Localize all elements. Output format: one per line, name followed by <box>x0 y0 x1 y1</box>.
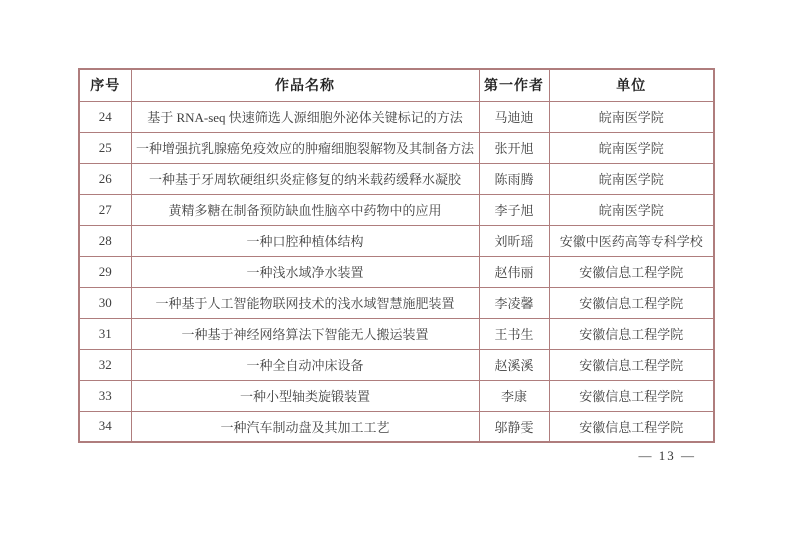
work-title-cell: 一种口腔种植体结构 <box>131 225 479 256</box>
table-row: 34 一种汽车制动盘及其加工工艺 邬静雯 安徽信息工程学院 <box>79 411 714 442</box>
author-cell: 邬静雯 <box>479 411 549 442</box>
table-row: 29 一种浅水域净水装置 赵伟丽 安徽信息工程学院 <box>79 256 714 287</box>
work-title-cell: 黄精多糖在制备预防缺血性脑卒中药物中的应用 <box>131 194 479 225</box>
table-row: 30 一种基于人工智能物联网技术的浅水域智慧施肥装置 李凌馨 安徽信息工程学院 <box>79 287 714 318</box>
row-number-cell: 34 <box>79 411 131 442</box>
author-cell: 赵伟丽 <box>479 256 549 287</box>
work-title-cell: 一种汽车制动盘及其加工工艺 <box>131 411 479 442</box>
unit-cell: 皖南医学院 <box>549 132 714 163</box>
row-number-cell: 26 <box>79 163 131 194</box>
author-cell: 李子旭 <box>479 194 549 225</box>
page-number: — 13 — <box>639 448 697 464</box>
unit-cell: 皖南医学院 <box>549 163 714 194</box>
table-body: 24 基于 RNA-seq 快速筛选人源细胞外泌体关键标记的方法 马迪迪 皖南医… <box>79 101 714 442</box>
header-work-title: 作品名称 <box>131 69 479 101</box>
unit-cell: 安徽中医药高等专科学校 <box>549 225 714 256</box>
row-number-cell: 33 <box>79 380 131 411</box>
table-row: 27 黄精多糖在制备预防缺血性脑卒中药物中的应用 李子旭 皖南医学院 <box>79 194 714 225</box>
table-row: 33 一种小型轴类旋锻装置 李康 安徽信息工程学院 <box>79 380 714 411</box>
row-number-cell: 28 <box>79 225 131 256</box>
work-title-cell: 一种基于牙周软硬组织炎症修复的纳米载药缓释水凝胶 <box>131 163 479 194</box>
author-cell: 李凌馨 <box>479 287 549 318</box>
author-cell: 刘昕瑶 <box>479 225 549 256</box>
table-row: 26 一种基于牙周软硬组织炎症修复的纳米载药缓释水凝胶 陈雨腾 皖南医学院 <box>79 163 714 194</box>
row-number-cell: 29 <box>79 256 131 287</box>
work-title-cell: 一种浅水域净水装置 <box>131 256 479 287</box>
author-cell: 张开旭 <box>479 132 549 163</box>
unit-cell: 安徽信息工程学院 <box>549 349 714 380</box>
header-serial-number: 序号 <box>79 69 131 101</box>
work-title-cell: 一种基于人工智能物联网技术的浅水域智慧施肥装置 <box>131 287 479 318</box>
work-title-cell: 一种基于神经网络算法下智能无人搬运装置 <box>131 318 479 349</box>
work-title-cell: 一种全自动冲床设备 <box>131 349 479 380</box>
unit-cell: 安徽信息工程学院 <box>549 380 714 411</box>
table-row: 25 一种增强抗乳腺癌免疫效应的肿瘤细胞裂解物及其制备方法 张开旭 皖南医学院 <box>79 132 714 163</box>
document-page: 序号 作品名称 第一作者 单位 24 基于 RNA-seq 快速筛选人源细胞外泌… <box>0 0 800 533</box>
work-title-cell: 基于 RNA-seq 快速筛选人源细胞外泌体关键标记的方法 <box>131 101 479 132</box>
work-title-cell: 一种小型轴类旋锻装置 <box>131 380 479 411</box>
row-number-cell: 24 <box>79 101 131 132</box>
table-row: 31 一种基于神经网络算法下智能无人搬运装置 王书生 安徽信息工程学院 <box>79 318 714 349</box>
unit-cell: 安徽信息工程学院 <box>549 411 714 442</box>
work-title-cell: 一种增强抗乳腺癌免疫效应的肿瘤细胞裂解物及其制备方法 <box>131 132 479 163</box>
header-unit: 单位 <box>549 69 714 101</box>
row-number-cell: 32 <box>79 349 131 380</box>
author-cell: 马迪迪 <box>479 101 549 132</box>
header-first-author: 第一作者 <box>479 69 549 101</box>
author-cell: 王书生 <box>479 318 549 349</box>
unit-cell: 安徽信息工程学院 <box>549 287 714 318</box>
unit-cell: 皖南医学院 <box>549 194 714 225</box>
table-row: 24 基于 RNA-seq 快速筛选人源细胞外泌体关键标记的方法 马迪迪 皖南医… <box>79 101 714 132</box>
table-row: 32 一种全自动冲床设备 赵溪溪 安徽信息工程学院 <box>79 349 714 380</box>
row-number-cell: 27 <box>79 194 131 225</box>
row-number-cell: 30 <box>79 287 131 318</box>
author-cell: 赵溪溪 <box>479 349 549 380</box>
table-row: 28 一种口腔种植体结构 刘昕瑶 安徽中医药高等专科学校 <box>79 225 714 256</box>
author-cell: 李康 <box>479 380 549 411</box>
table-header-row: 序号 作品名称 第一作者 单位 <box>79 69 714 101</box>
author-cell: 陈雨腾 <box>479 163 549 194</box>
awards-table: 序号 作品名称 第一作者 单位 24 基于 RNA-seq 快速筛选人源细胞外泌… <box>78 68 715 443</box>
unit-cell: 皖南医学院 <box>549 101 714 132</box>
row-number-cell: 31 <box>79 318 131 349</box>
unit-cell: 安徽信息工程学院 <box>549 256 714 287</box>
unit-cell: 安徽信息工程学院 <box>549 318 714 349</box>
row-number-cell: 25 <box>79 132 131 163</box>
